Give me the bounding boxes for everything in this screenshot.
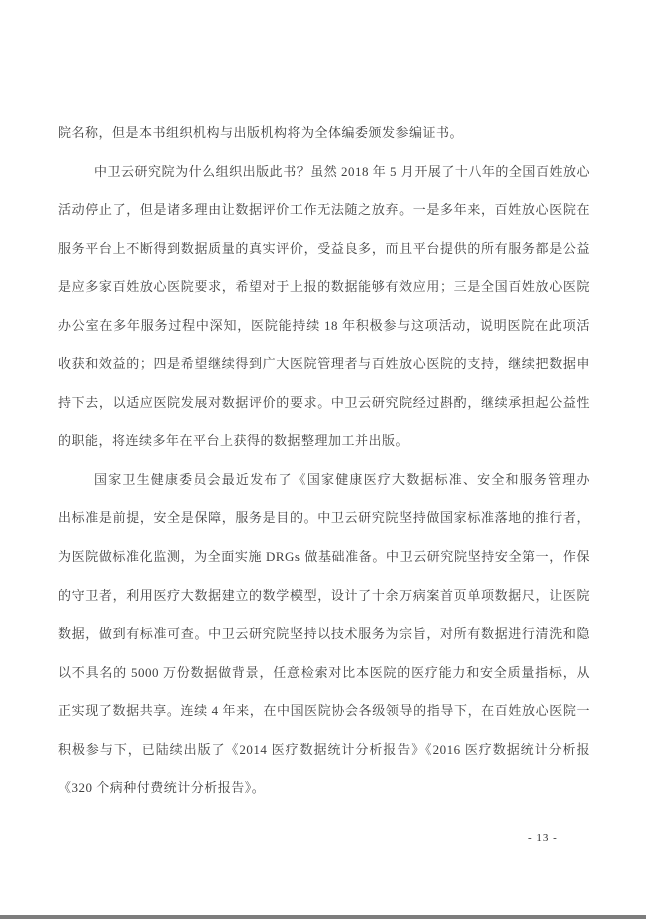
body-text: 院名称，但是本书组织机构与出版机构将为全体编委颁发参编证书。中卫云研究院为什么组…: [58, 114, 590, 808]
text-line: 院名称，但是本书组织机构与出版机构将为全体编委颁发参编证书。: [58, 114, 590, 153]
text-line: 出标准是前提，安全是保障，服务是目的。中卫云研究院坚持做国家标准落地的推行者，连…: [58, 499, 590, 538]
document-page: 院名称，但是本书组织机构与出版机构将为全体编委颁发参编证书。中卫云研究院为什么组…: [0, 0, 646, 920]
text-line: 是应多家百姓放心医院要求，希望对于上报的数据能够有效应用；三是全国百姓放心医院管…: [58, 268, 590, 307]
text-line: 办公室在多年服务过程中深知，医院能持续 18 年积极参与这项活动，说明医院在此项…: [58, 307, 590, 346]
text-line: 的守卫者，利用医疗大数据建立的数学模型，设计了十余万病案首页单项数据尺，让医院安…: [58, 577, 590, 616]
page-number: - 13 -: [528, 830, 588, 846]
text-line: 服务平台上不断得到数据质量的真实评价，受益良多，而且平台提供的所有服务都是公益性…: [58, 230, 590, 269]
text-line: 以不具名的 5000 万份数据做背景，任意检索对比本医院的医疗能力和安全质量指标…: [58, 654, 590, 693]
text-line: 数据，做到有标准可查。中卫云研究院坚持以技术服务为宗旨，对所有数据进行清洗和隐私…: [58, 615, 590, 654]
text-line: 积极参与下，已陆续出版了《2014 医疗数据统计分析报告》《2016 医疗数据统…: [58, 731, 590, 770]
text-line: 活动停止了，但是诸多理由让数据评价工作无法随之放弃。一是多年来，百姓放心医院在这…: [58, 191, 590, 230]
text-line: 的职能，将连续多年在平台上获得的数据整理加工并出版。: [58, 422, 590, 461]
text-line: 《320 个病种付费统计分析报告》。: [58, 769, 590, 808]
text-line: 正实现了数据共享。连续 4 年来，在中国医院协会各级领导的指导下，在百姓放心医院…: [58, 692, 590, 731]
text-line: 中卫云研究院为什么组织出版此书？虽然 2018 年 5 月开展了十八年的全国百姓…: [58, 153, 590, 192]
text-line: 持下去，以适应医院发展对数据评价的要求。中卫云研究院经过斟酌，继续承担起公益性数…: [58, 384, 590, 423]
scan-bottom-edge: [0, 915, 646, 919]
text-line: 为医院做标准化监测，为全面实施 DRGs 做基础准备。中卫云研究院坚持安全第一，…: [58, 538, 590, 577]
text-line: 收获和效益的；四是希望继续得到广大医院管理者与百姓放心医院的支持，继续把数据申报…: [58, 345, 590, 384]
text-line: 国家卫生健康委员会最近发布了《国家健康医疗大数据标准、安全和服务管理办法》，明确…: [58, 461, 590, 500]
